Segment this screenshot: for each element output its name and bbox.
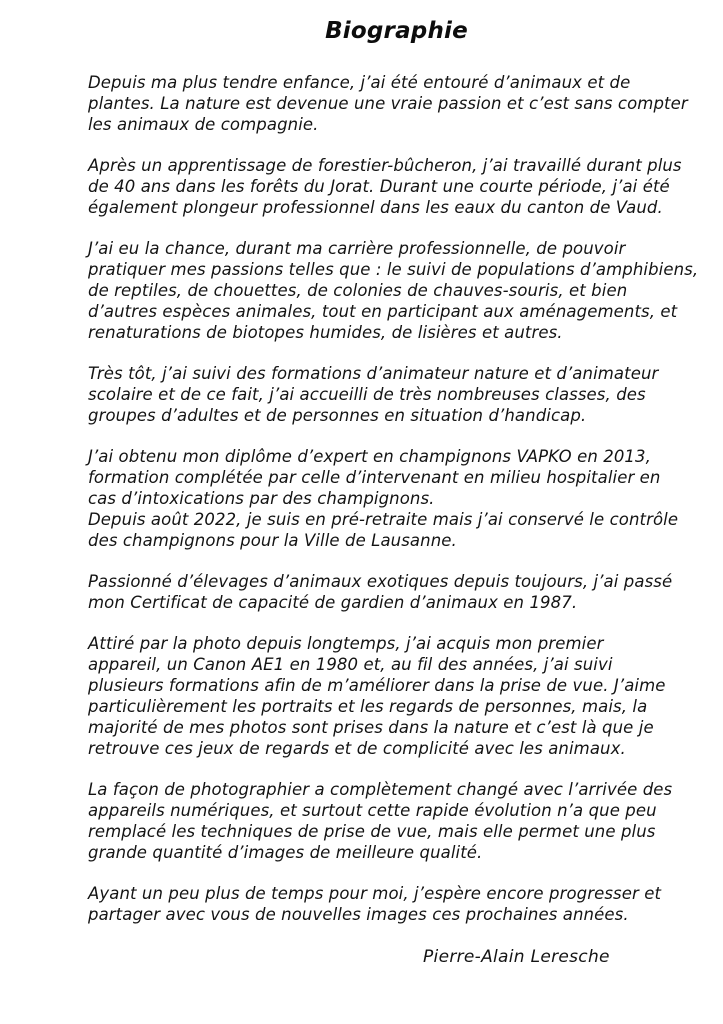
paragraph-educator-training: Très tôt, j’ai suivi des formations d’an… xyxy=(88,363,705,426)
paragraph-mushroom-expert: J’ai obtenu mon diplôme d’expert en cham… xyxy=(88,446,705,551)
author-signature: Pierre-Alain Leresche xyxy=(423,947,705,968)
paragraph-future-plans: Ayant un peu plus de temps pour moi, j’e… xyxy=(88,883,705,925)
paragraph-photography-beginnings: Attiré par la photo depuis longtemps, j’… xyxy=(88,633,705,759)
paragraph-wildlife-passions: J’ai eu la chance, durant ma carrière pr… xyxy=(88,238,705,343)
paragraph-exotic-animals: Passionné d’élevages d’animaux exotiques… xyxy=(88,571,705,613)
paragraph-forestry-career: Après un apprentissage de forestier-bûch… xyxy=(88,155,705,218)
biography-document: Biographie Depuis ma plus tendre enfance… xyxy=(0,0,723,1024)
page-title: Biographie xyxy=(88,16,705,46)
paragraph-childhood: Depuis ma plus tendre enfance, j’ai été … xyxy=(88,72,705,135)
paragraph-digital-photography: La façon de photographier a complètement… xyxy=(88,779,705,863)
